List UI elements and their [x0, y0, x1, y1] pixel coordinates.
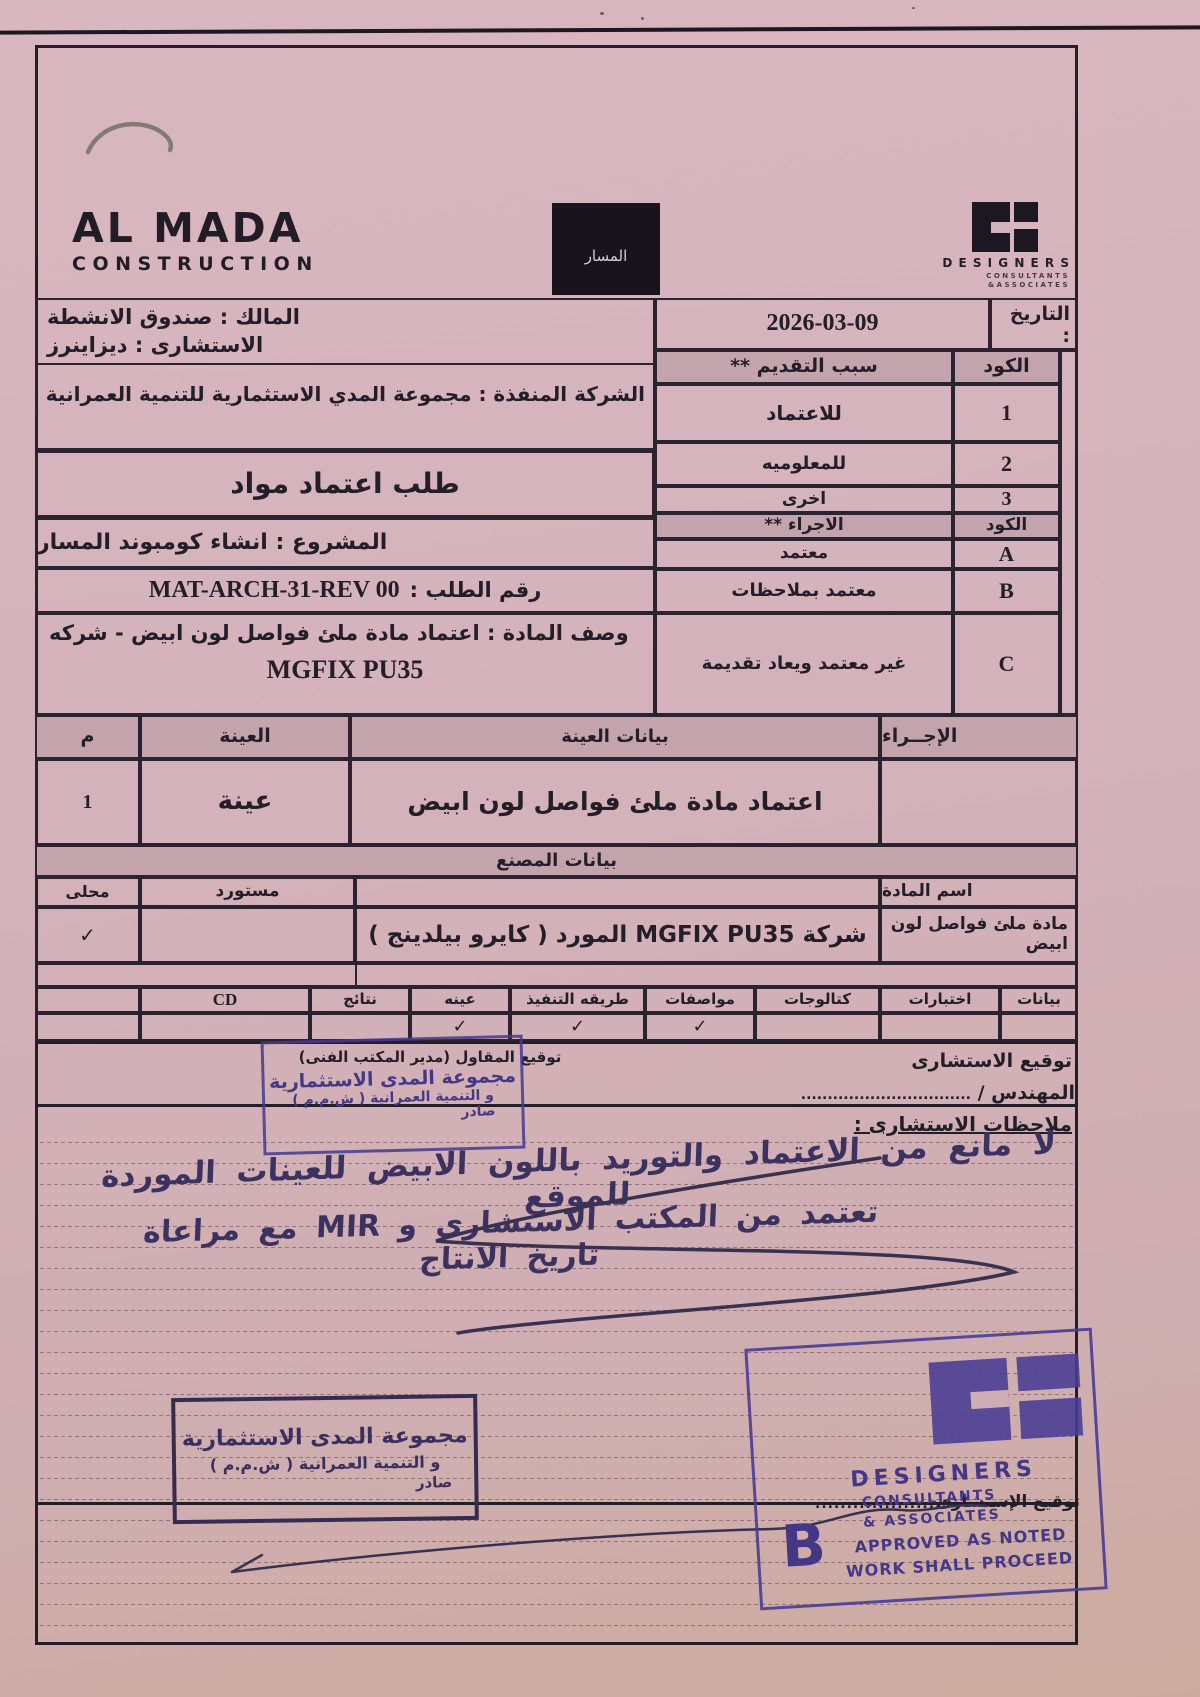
designers-stamp-mark	[929, 1353, 1086, 1444]
approval-grade: B	[780, 1514, 845, 1576]
designers-approval-stamp: DESIGNERS CONSULTANTS & ASSOCIATES B APP…	[744, 1328, 1107, 1611]
scanned-material-approval-form: AL MADA CONSTRUCTION المسار D E S I G N …	[0, 0, 1200, 1697]
